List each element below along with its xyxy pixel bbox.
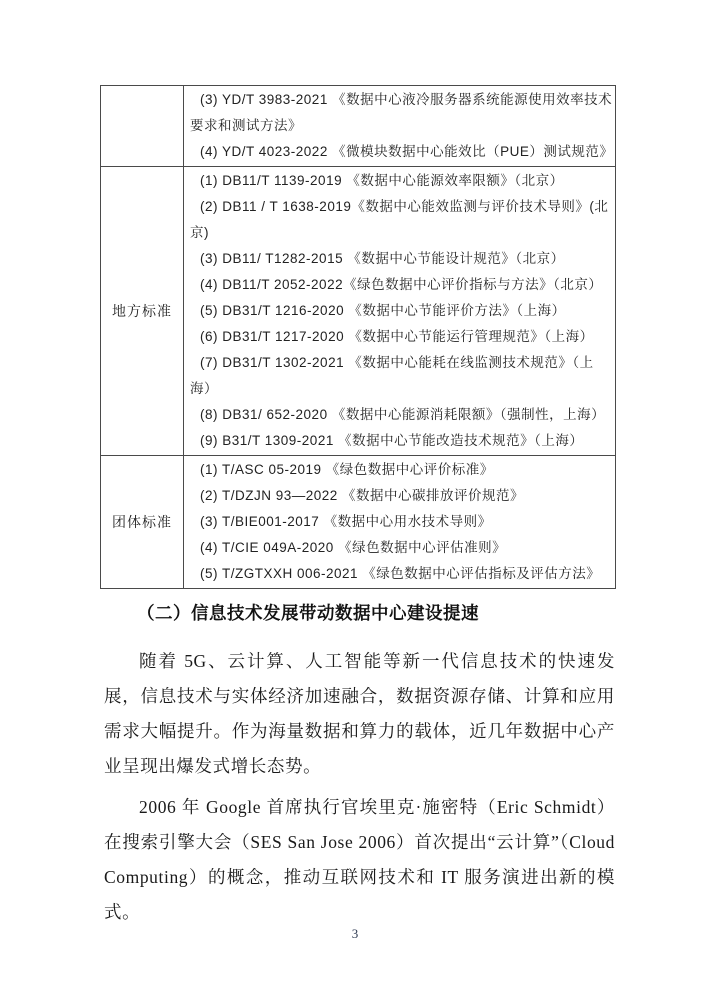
standard-item: (3) YD/T 3983-2021 《数据中心液冷服务器系统能源使用效率技术要… (190, 87, 613, 139)
standard-item: (1) DB11/T 1139-2019 《数据中心能源效率限额》（北京） (190, 168, 613, 194)
section-heading: （二）信息技术发展带动数据中心建设提速 (104, 599, 615, 627)
standard-item: (3) T/BIE001-2017 《数据中心用水技术导则》 (190, 509, 613, 535)
row-label-empty (101, 86, 184, 167)
standard-item: (5) DB31/T 1216-2020 《数据中心节能评价方法》（上海） (190, 298, 613, 324)
table-row-local-standards: 地方标准 (1) DB11/T 1139-2019 《数据中心能源效率限额》（北… (101, 167, 616, 456)
paragraph: 随着 5G、云计算、人工智能等新一代信息技术的快速发展，信息技术与实体经济加速融… (104, 644, 615, 784)
standard-item: (6) DB31/T 1217-2020 《数据中心节能运行管理规范》（上海） (190, 324, 613, 350)
standard-item: (2) T/DZJN 93—2022 《数据中心碳排放评价规范》 (190, 483, 613, 509)
standard-item: (1) T/ASC 05-2019 《绿色数据中心评价标准》 (190, 457, 613, 483)
standard-item: (4) DB11/T 2052-2022《绿色数据中心评价指标与方法》（北京） (190, 272, 613, 298)
standard-item: (4) YD/T 4023-2022 《微模块数据中心能效比（PUE）测试规范》 (190, 139, 613, 165)
table-row-group-standards: 团体标准 (1) T/ASC 05-2019 《绿色数据中心评价标准》 (2) … (101, 456, 616, 589)
body-content: （二）信息技术发展带动数据中心建设提速 随着 5G、云计算、人工智能等新一代信息… (104, 599, 615, 930)
row-label-group-standards: 团体标准 (101, 456, 184, 589)
group-standards-cell: (1) T/ASC 05-2019 《绿色数据中心评价标准》 (2) T/DZJ… (184, 456, 616, 589)
page-number: 3 (0, 926, 710, 942)
table-row-industry-standards-continued: (3) YD/T 3983-2021 《数据中心液冷服务器系统能源使用效率技术要… (101, 86, 616, 167)
document-page: (3) YD/T 3983-2021 《数据中心液冷服务器系统能源使用效率技术要… (0, 0, 710, 1004)
industry-standards-cell: (3) YD/T 3983-2021 《数据中心液冷服务器系统能源使用效率技术要… (184, 86, 616, 167)
standard-item: (2) DB11 / T 1638-2019《数据中心能效监测与评价技术导则》(… (190, 194, 613, 246)
standard-item: (4) T/CIE 049A-2020 《绿色数据中心评估准则》 (190, 535, 613, 561)
standard-item: (8) DB31/ 652-2020 《数据中心能源消耗限额》（强制性，上海） (190, 402, 613, 428)
standard-item: (7) DB31/T 1302-2021 《数据中心能耗在线监测技术规范》（上海… (190, 350, 613, 402)
standard-item: (5) T/ZGTXXH 006-2021 《绿色数据中心评估指标及评估方法》 (190, 561, 613, 587)
row-label-local-standards: 地方标准 (101, 167, 184, 456)
standards-table: (3) YD/T 3983-2021 《数据中心液冷服务器系统能源使用效率技术要… (100, 85, 616, 589)
standard-item: (3) DB11/ T1282-2015 《数据中心节能设计规范》（北京） (190, 246, 613, 272)
standard-item: (9) B31/T 1309-2021 《数据中心节能改造技术规范》（上海） (190, 428, 613, 454)
local-standards-cell: (1) DB11/T 1139-2019 《数据中心能源效率限额》（北京） (2… (184, 167, 616, 456)
paragraph: 2006 年 Google 首席执行官埃里克·施密特（Eric Schmidt）… (104, 790, 615, 930)
